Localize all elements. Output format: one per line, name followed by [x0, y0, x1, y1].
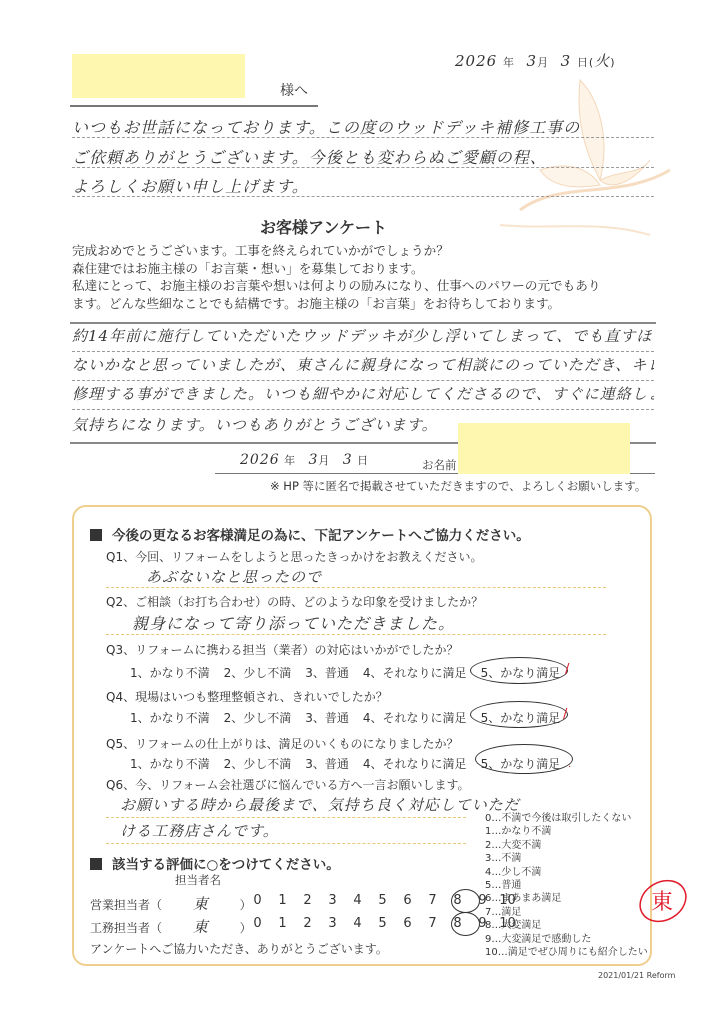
scale-4[interactable]: 4	[345, 893, 370, 908]
staff-name-label: 担当者名	[175, 872, 221, 888]
q3-option-3[interactable]: 3、普通	[305, 664, 349, 681]
q5-question: Q5、リフォームの仕上がりは、満足のいくものになりましたか？	[106, 735, 458, 752]
q6-answer-line: お願いする時から最後まで、気持ち良く対応していただ	[106, 794, 466, 818]
square-bullet-icon	[90, 858, 102, 870]
customer-comment-line: 修理する事ができました。いつも細やかに対応してくださるので、すぐに連絡しようとい…	[72, 383, 654, 410]
red-stamp: 東	[635, 876, 685, 922]
q3-question: Q3、リフォームに携わる担当（業者）の対応はいかがでしたか？	[106, 641, 458, 658]
letter-line: よろしくお願い申し上げます。	[72, 174, 654, 197]
signature-name-label: お名前	[422, 457, 457, 473]
scale-7[interactable]: 7	[420, 916, 445, 931]
recipient-suffix: 様へ	[280, 80, 308, 100]
legend-item: 9…大変満足で感動した	[485, 933, 648, 946]
scale-6[interactable]: 6	[395, 916, 420, 931]
q3-option-4[interactable]: 4、それなりに満足	[363, 664, 467, 681]
q6-answer-line: ける工務店さんです。	[106, 820, 466, 844]
customer-name-redacted	[458, 423, 630, 474]
q3-selection-circle	[470, 657, 568, 684]
stamp-text: 東	[651, 885, 673, 916]
q4-option-2[interactable]: 2、少し不満	[224, 709, 292, 726]
intro-line: 完成おめでとうございます。工事を終えられていかがでしょうか？	[72, 242, 672, 260]
letter-line: いつもお世話になっております。この度のウッドデッキ補修工事の	[72, 115, 654, 138]
scale-0[interactable]: 0	[245, 893, 270, 908]
intro-line: 森住建ではお施主様の「お言葉・想い」を募集しております。	[72, 260, 672, 278]
anonymity-note: ※ HP 等に匿名で掲載させていただきますので、よろしくお願いします。	[270, 478, 646, 494]
q5-option-4[interactable]: 4、それなりに満足	[363, 755, 467, 772]
scale-6[interactable]: 6	[395, 893, 420, 908]
customer-comment-line: 約14年前に施行していただいたウッドデッキが少し浮いてしまって、でも直すほどでも	[72, 325, 654, 352]
intro-line: ます。どんな些細なことでも結構です。お施主様の「お言葉」をお待ちしております。	[72, 295, 672, 313]
recipient-name-redacted	[72, 54, 245, 98]
square-bullet-icon	[90, 529, 102, 541]
scale-1[interactable]: 1	[270, 916, 295, 931]
scale-4[interactable]: 4	[345, 916, 370, 931]
construction-rating-circle	[451, 912, 480, 936]
scale-3[interactable]: 3	[320, 893, 345, 908]
customer-comment-line: ないかなと思っていましたが、東さんに親身になって相談にのっていただき、キレイに	[72, 354, 654, 381]
legend-item: 5…普通	[485, 879, 648, 892]
q3-option-1[interactable]: 1、かなり不満	[130, 664, 210, 681]
construction-staff-name: 東	[166, 916, 236, 937]
scale-2[interactable]: 2	[295, 916, 320, 931]
construction-staff-label: 工務担当者（	[90, 921, 162, 935]
intro-line: 私達にとって、お施主様のお言葉や想いは何よりの励みになり、仕事へのパワーの元でも…	[72, 277, 672, 295]
q5-option-2[interactable]: 2、少し不満	[224, 755, 292, 772]
q4-selection-circle	[470, 701, 568, 728]
scale-10-selected[interactable]: 10	[495, 916, 520, 931]
scale-5[interactable]: 5	[370, 916, 395, 931]
scale-5[interactable]: 5	[370, 893, 395, 908]
q6-question: Q6、今、リフォーム会社選びに悩んでいる方へ一言お願いします。	[106, 776, 470, 793]
legend-item: 1…かなり不満	[485, 825, 648, 838]
letter-line: ご依頼ありがとうございます。今後とも変わらぬご愛顧の程、	[72, 145, 654, 168]
recipient-underline	[70, 105, 318, 107]
rating-heading: 該当する評価に○をつけてください。	[90, 853, 340, 873]
legend-item: 2…大変不満	[485, 839, 648, 852]
q3-option-2[interactable]: 2、少し不満	[224, 664, 292, 681]
legend-item: 4…少し不満	[485, 866, 648, 879]
sales-staff-row: 営業担当者（ 東 ）	[90, 893, 252, 914]
signature-date: 2026 年 3月 3 日	[240, 452, 368, 468]
survey-title: お客様アンケート	[260, 215, 387, 238]
q4-option-3[interactable]: 3、普通	[305, 709, 349, 726]
q2-answer: 親身になって寄り添っていただきました。	[106, 611, 606, 635]
sales-rating-circle	[451, 889, 480, 913]
scale-7[interactable]: 7	[420, 893, 445, 908]
comment-top-rule	[70, 322, 656, 324]
customer-comment-line: 気持ちになります。いつもありがとうございます。	[72, 414, 472, 440]
legend-item: 0…不満で今後は取引したくない	[485, 812, 648, 825]
scale-1[interactable]: 1	[270, 893, 295, 908]
legend-item: 3…不満	[485, 852, 648, 865]
questionnaire-heading: 今後の更なるお客様満足の為に、下記アンケートへご協力ください。	[90, 524, 530, 544]
scale-0[interactable]: 0	[245, 916, 270, 931]
sales-staff-label: 営業担当者（	[90, 898, 162, 912]
scale-3[interactable]: 3	[320, 916, 345, 931]
sales-staff-name: 東	[166, 893, 236, 914]
red-check-mark: /	[563, 707, 567, 722]
rating-scale-legend: 0…不満で今後は取引したくない 1…かなり不満 2…大変不満 3…不満 4…少し…	[485, 812, 648, 959]
q1-question: Q1、今回、リフォームをしようと思ったきっかけをお教えください。	[106, 548, 482, 565]
survey-intro: 完成おめでとうございます。工事を終えられていかがでしょうか？ 森住建ではお施主様…	[72, 242, 672, 312]
q5-option-1[interactable]: 1、かなり不満	[130, 755, 210, 772]
legend-item: 10…満足でぜひ周りにも紹介したい	[485, 946, 648, 959]
letter-date: 2026 年 3月 3 日(火)	[455, 50, 616, 71]
red-check-mark: /	[565, 662, 569, 677]
construction-staff-row: 工務担当者（ 東 ）	[90, 916, 252, 937]
q4-question: Q4、現場はいつも整理整頓され、きれいでしたか？	[106, 688, 388, 705]
q1-answer: あぶないなと思ったので	[106, 566, 606, 588]
red-dot-mark: ·	[568, 762, 571, 773]
q5-option-3[interactable]: 3、普通	[305, 755, 349, 772]
scale-2[interactable]: 2	[295, 893, 320, 908]
q5-selection-circle	[475, 744, 573, 774]
thanks-message: アンケートへご協力いただき、ありがとうございます。	[90, 940, 388, 957]
q4-option-4[interactable]: 4、それなりに満足	[363, 709, 467, 726]
form-version: 2021/01/21 Reform	[598, 971, 675, 980]
q4-option-1[interactable]: 1、かなり不満	[130, 709, 210, 726]
scale-10-selected[interactable]: 10	[495, 893, 520, 908]
q2-question: Q2、ご相談（お打ち合わせ）の時、どのような印象を受けましたか？	[106, 593, 483, 610]
